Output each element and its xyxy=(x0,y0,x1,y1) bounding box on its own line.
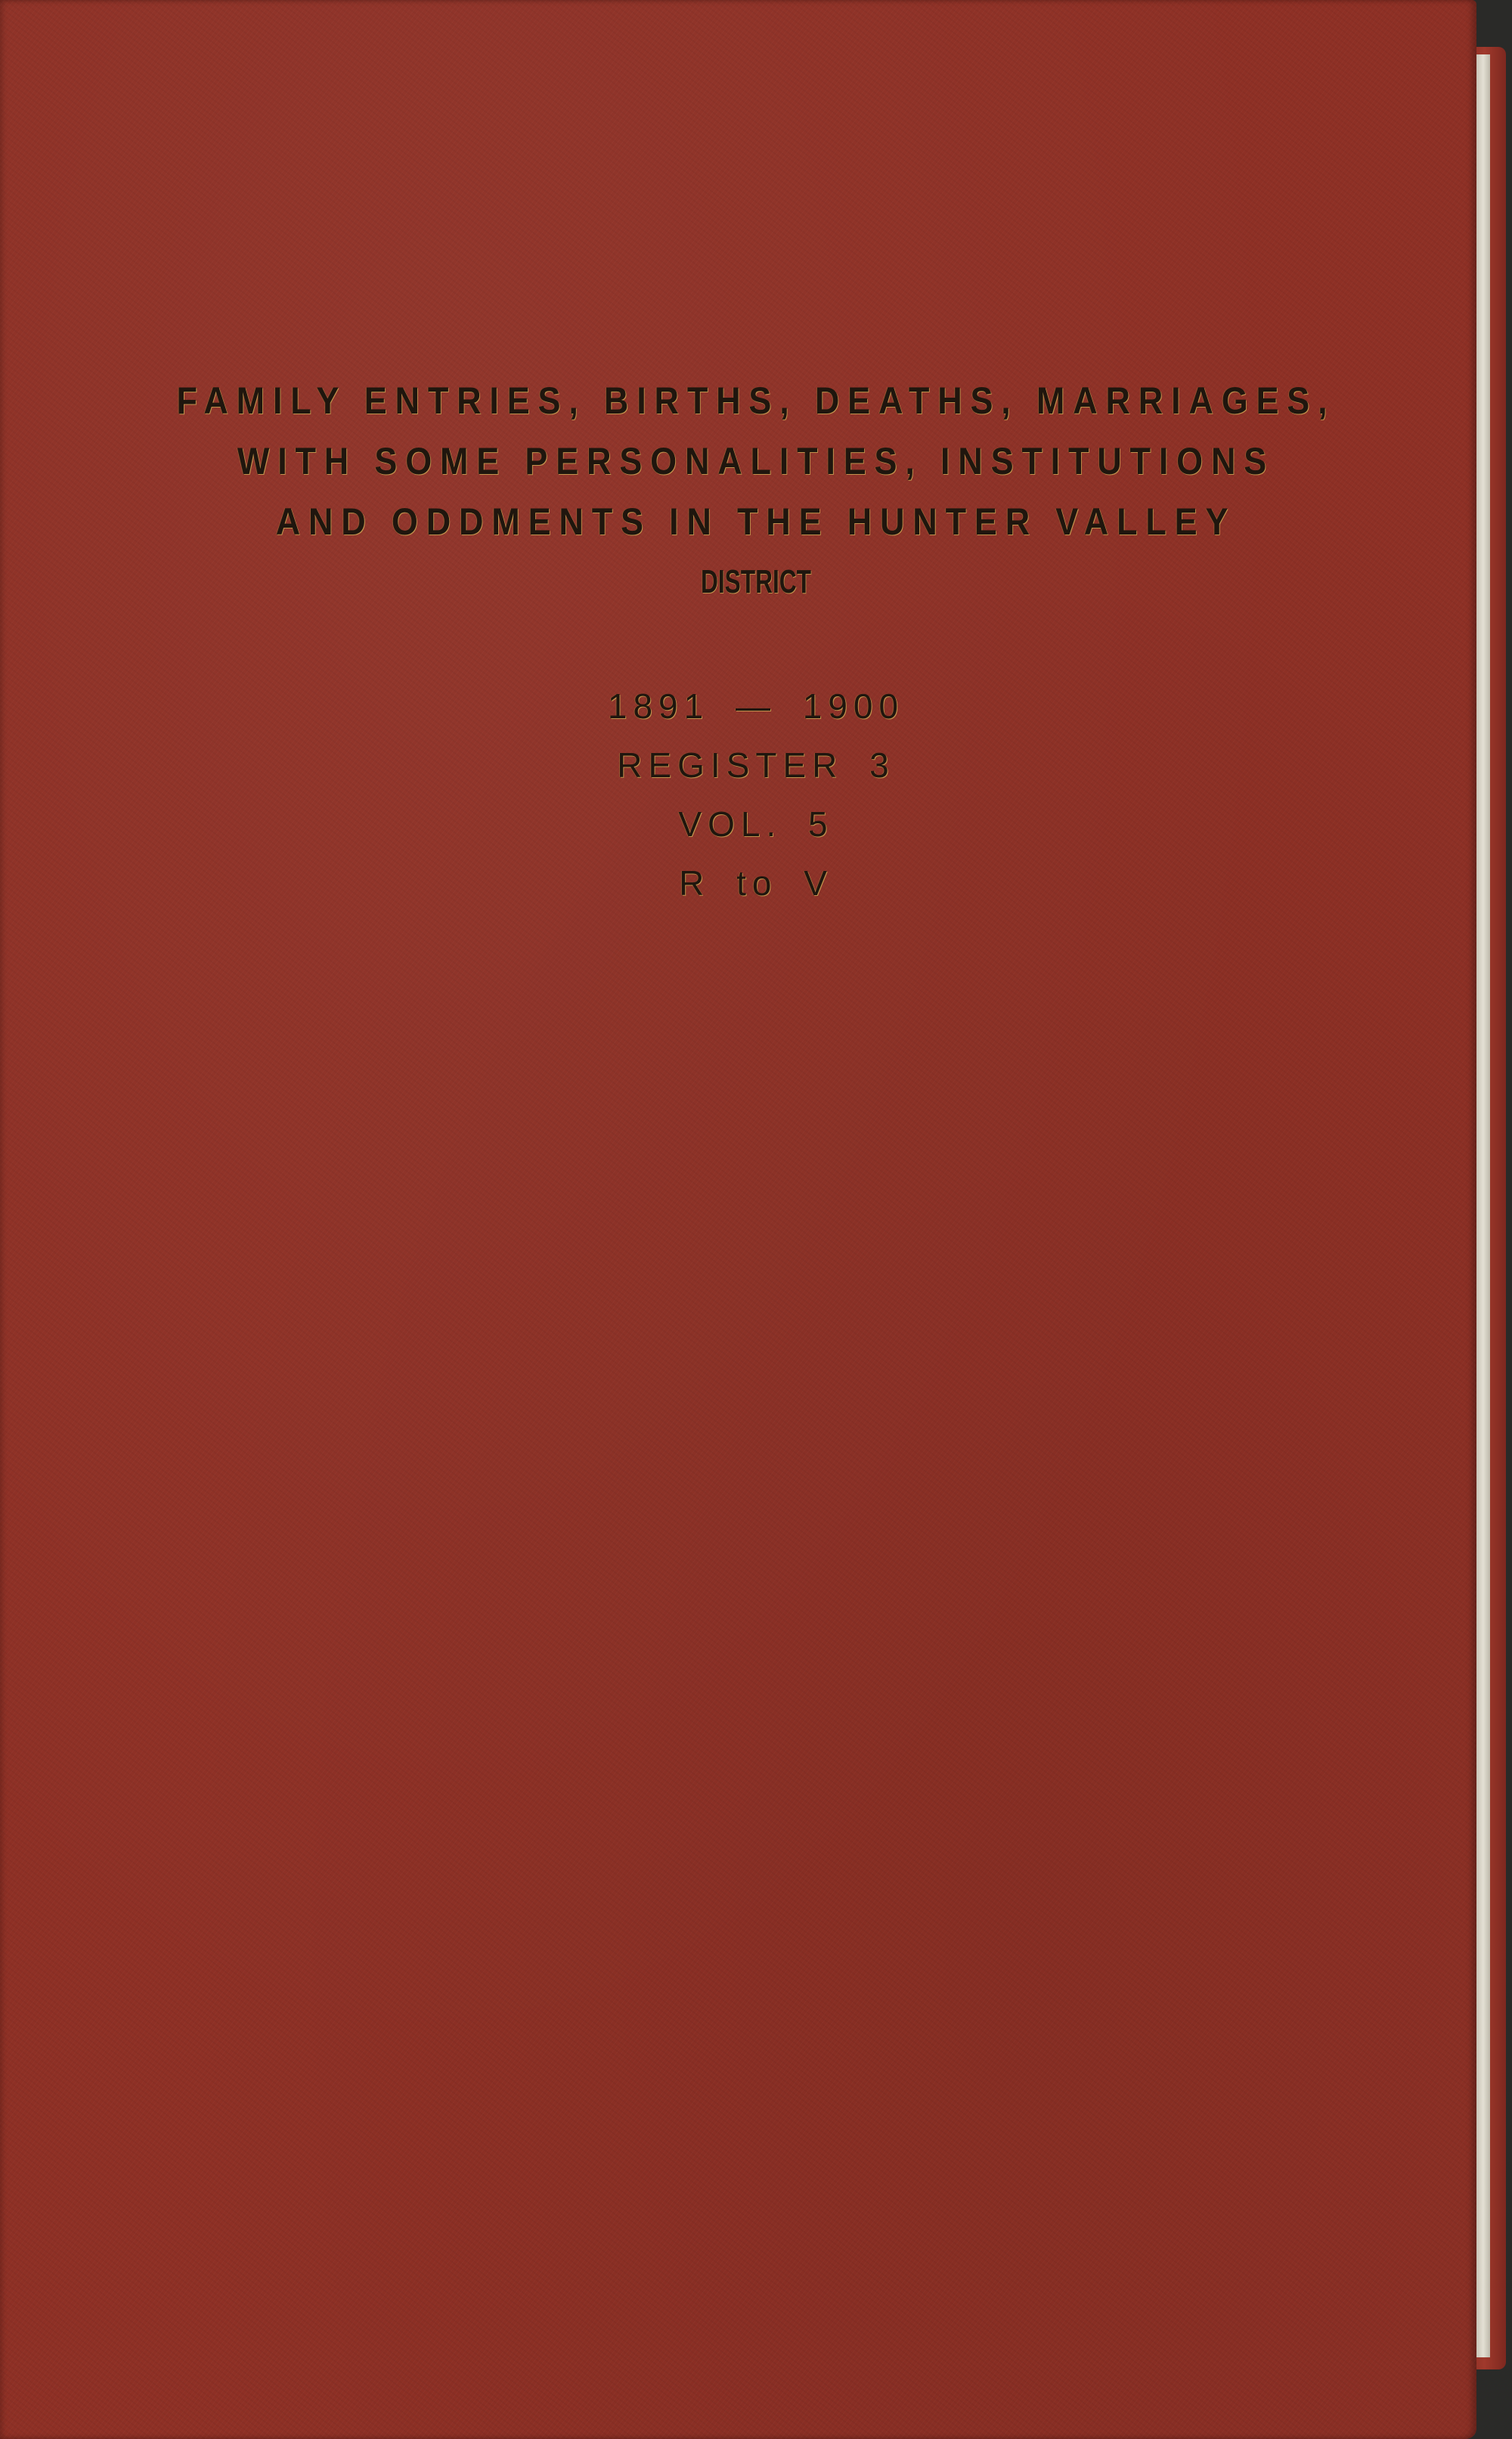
title-line-4: DISTRICT xyxy=(212,552,1300,612)
book-front-cover: FAMILY ENTRIES, BIRTHS, DEATHS, MARRIAGE… xyxy=(0,0,1476,2439)
register-number: REGISTER 3 xyxy=(0,736,1512,795)
title-line-1: FAMILY ENTRIES, BIRTHS, DEATHS, MARRIAGE… xyxy=(76,370,1436,431)
year-range: 1891 — 1900 xyxy=(0,677,1512,736)
cover-volume-info: 1891 — 1900 REGISTER 3 VOL. 5 R to V xyxy=(0,677,1512,913)
alphabetical-range: R to V xyxy=(0,854,1512,913)
cover-title: FAMILY ENTRIES, BIRTHS, DEATHS, MARRIAGE… xyxy=(0,370,1512,612)
title-line-2: WITH SOME PERSONALITIES, INSTITUTIONS xyxy=(76,431,1436,491)
volume-number: VOL. 5 xyxy=(0,795,1512,854)
title-line-3: AND ODDMENTS IN THE HUNTER VALLEY xyxy=(76,491,1436,552)
